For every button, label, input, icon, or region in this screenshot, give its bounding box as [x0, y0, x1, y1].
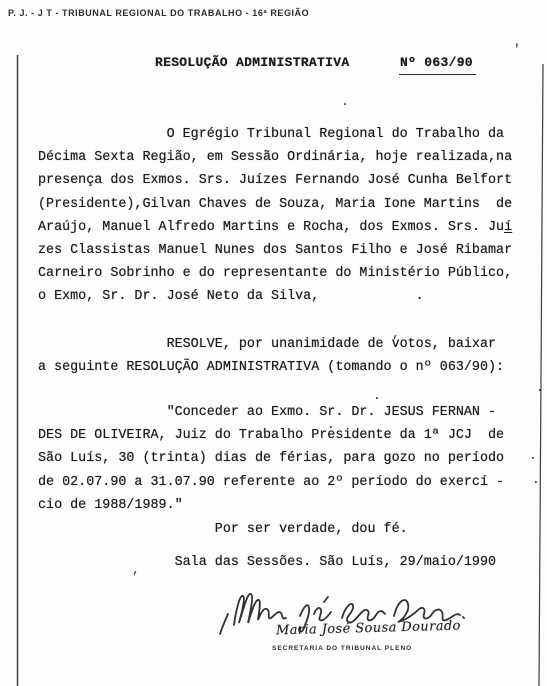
body-line: Por ser verdade, dou fé.: [38, 518, 408, 541]
underlined-syllable: í: [504, 220, 512, 235]
body-line: zes Classistas Manuel Nunes dos Santos F…: [38, 239, 512, 262]
scan-speck: ': [513, 42, 521, 57]
body-line: (Presidente),Gilvan Chaves de Souza, Mar…: [38, 193, 512, 216]
body-line: DES DE OLIVEIRA, Juiz do Trabalho Presid…: [38, 424, 504, 447]
stamped-office-title: SECRETARIA DO TRIBUNAL PLENO: [272, 645, 412, 652]
body-line: presença dos Exmos. Srs. Juízes Fernando…: [38, 169, 512, 192]
resolution-number: Nº 063/90: [399, 55, 476, 75]
document-title: RESOLUÇÃO ADMINISTRATIVA: [155, 55, 349, 71]
scan-speck: ,: [132, 562, 140, 577]
paragraph-preamble: O Egrégio Tribunal Regional do Trabalho …: [38, 123, 512, 309]
letterhead-text: P. J. - J T - TRIBUNAL REGIONAL DO TRABA…: [8, 8, 309, 18]
scan-speck: .: [373, 388, 381, 403]
body-line: São Luís, 30 (trinta) dias de férias, pa…: [38, 447, 504, 470]
body-line: "Conceder ao Exmo. Sr. Dr. JESUS FERNAN …: [38, 401, 504, 424]
paragraph-resolve: RESOLVE, por unanimidade de votos, baixa…: [38, 333, 504, 379]
closing-place-date: Sala das Sessões. São Luís, 29/maio/1990: [38, 551, 496, 574]
body-line: Décima Sexta Região, em Sessão Ordinária…: [38, 146, 512, 169]
body-line: RESOLVE, por unanimidade de votos, baixa…: [38, 333, 504, 356]
body-line: cio de 1988/1989.": [38, 494, 504, 517]
body-line: Sala das Sessões. São Luís, 29/maio/1990: [38, 551, 496, 574]
body-line: de 02.07.90 a 31.07.90 referente ao 2º p…: [38, 471, 504, 494]
body-line-text: Araújo, Manuel Alfredo Martins e Rocha, …: [38, 220, 504, 235]
scan-speck: .: [529, 448, 537, 463]
scan-speck: .: [536, 380, 544, 395]
scan-speck: .: [532, 472, 540, 487]
body-line: o Exmo, Sr. Dr. José Neto da Silva, .: [38, 285, 512, 308]
paragraph-conceder: "Conceder ao Exmo. Sr. Dr. JESUS FERNAN …: [38, 401, 504, 517]
scan-speck: .: [327, 417, 335, 432]
scanned-document-page: P. J. - J T - TRIBUNAL REGIONAL DO TRABA…: [0, 0, 547, 686]
body-line: O Egrégio Tribunal Regional do Trabalho …: [38, 123, 512, 146]
scan-speck: .: [341, 94, 349, 109]
body-line: Carneiro Sobrinho e do representante do …: [38, 262, 512, 285]
body-line-hyphenated: Araújo, Manuel Alfredo Martins e Rocha, …: [38, 216, 512, 239]
scan-speck: ,: [392, 326, 400, 341]
closing-attestation: Por ser verdade, dou fé.: [38, 518, 408, 541]
body-line: a seguinte RESOLUÇÃO ADMINISTRATIVA (tom…: [38, 356, 504, 379]
